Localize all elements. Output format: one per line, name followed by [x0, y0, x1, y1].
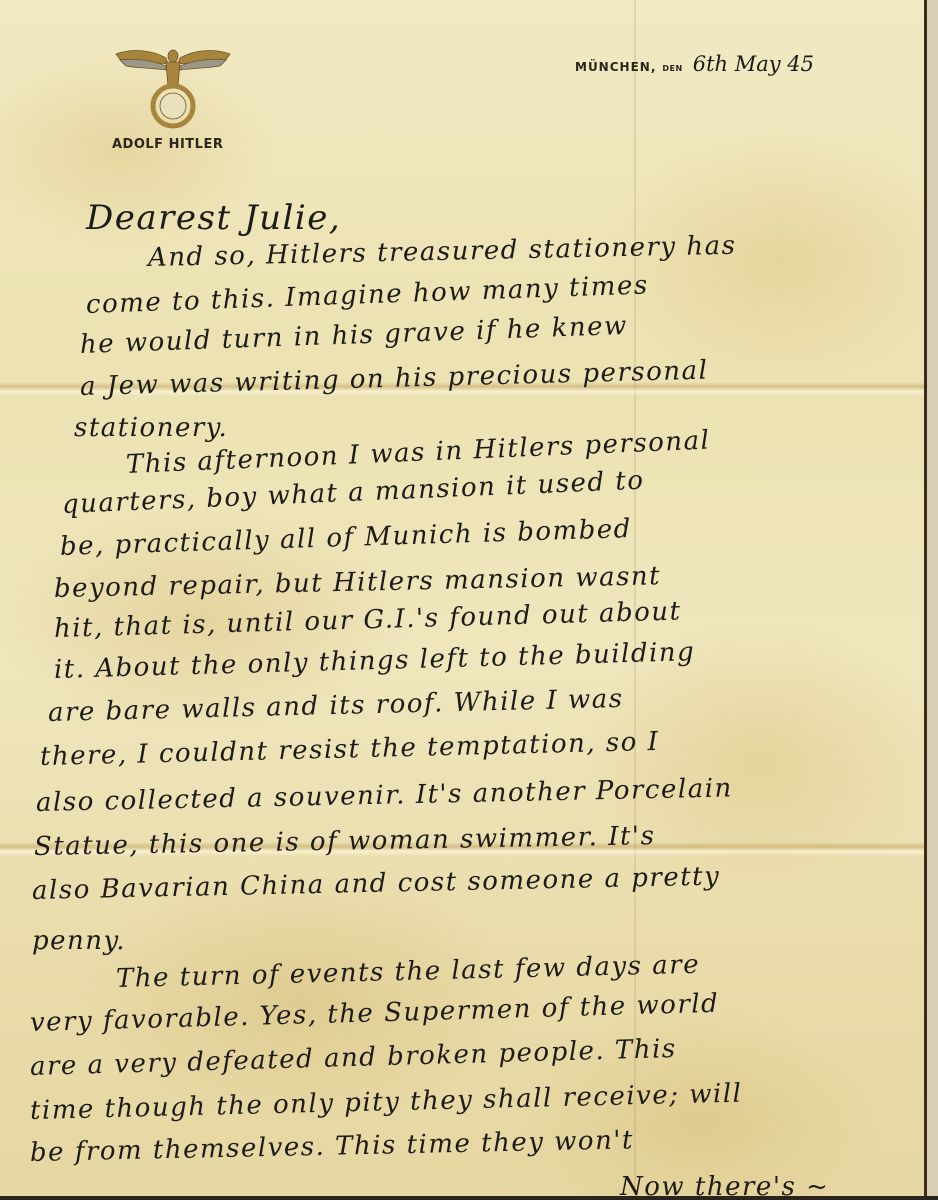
letter-line: penny. — [32, 926, 126, 956]
eagle-crest-icon — [112, 42, 234, 132]
letterhead-name: ADOLF HITLER — [112, 137, 223, 152]
salutation: Dearest Julie, — [86, 198, 341, 238]
letterhead-place-suffix: DEN — [662, 64, 682, 73]
letter-line: stationery. — [74, 413, 228, 443]
letterhead-place-date: MÜNCHEN, DEN 6th May 45 — [575, 52, 814, 76]
letter-line: Now there's ~ — [620, 1172, 829, 1200]
letterhead-place: MÜNCHEN, — [575, 60, 656, 74]
letter-date: 6th May 45 — [693, 52, 814, 76]
frame-strip — [927, 0, 938, 1200]
